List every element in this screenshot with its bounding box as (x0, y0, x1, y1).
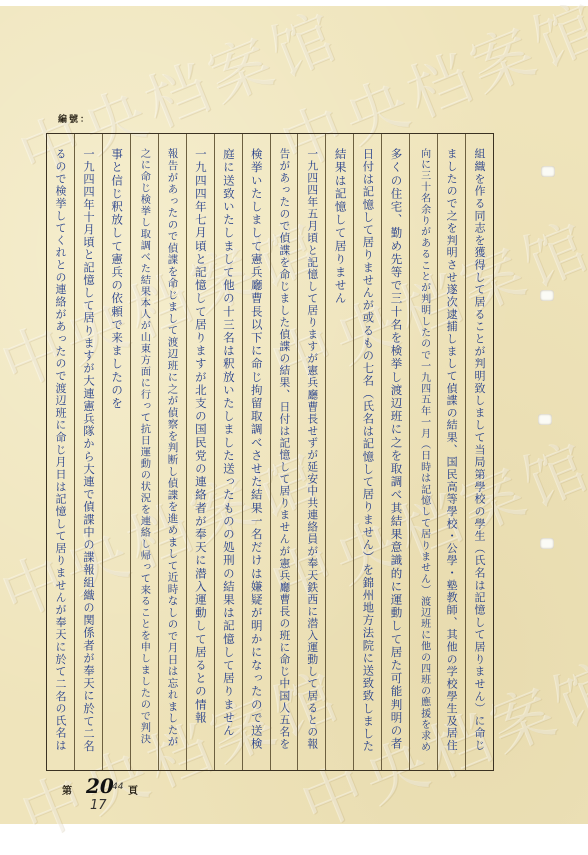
manuscript-column: 一九四四年七月頃と記憶して居りますが北支の国民党の連絡者が奉天に潜入運動して居る… (186, 134, 214, 770)
binder-hole (538, 414, 552, 425)
handwritten-line: 之に命じ検挙し取調べた結果本人が山東方面に行って抗日運動の状況を連絡し帰って来る… (139, 148, 149, 745)
handwritten-line: るので検挙してくれとの連絡があったので渡辺班に命じ月日は記憶して居りませんが奉天… (55, 148, 66, 752)
handwritten-line: 庭に送致いたしまして他の十三名は釈放いたしました送ったものの処刑の結果は記憶して… (222, 148, 234, 738)
binder-hole (540, 290, 554, 301)
handwritten-line: 一九四四年十月頃と記憶して居りますが大連憲兵隊から大連で偵諜中の諜報組織の関係者… (83, 148, 94, 753)
manuscript-column: 日付は記憶して居りませんが或るもの七名（氏名は記憶して居りません）を錦州地方法院… (353, 134, 381, 770)
handwritten-line: 日付は記憶して居りませんが或るもの七名（氏名は記憶して居りません）を錦州地方法院… (362, 148, 373, 753)
binder-hole (541, 166, 555, 177)
handwritten-line: 結果は記憶して居りません (334, 148, 346, 305)
document-page: 中央档案馆 中央档案馆 中央档案馆 中央档案馆 中央档案馆 中央档案馆 中央档案… (0, 6, 588, 824)
handwritten-line: 組織を作る同志を獲得して居ることが判明致しまして当局第學校の學生（氏名は記憶して… (474, 148, 485, 752)
handwritten-line: 告があったので偵諜を命じました偵諜の結果、日付は記憶して居りませんが憲兵廳曹長の… (279, 148, 290, 750)
binder-hole (540, 538, 554, 549)
manuscript-column: 報告があったので偵諜を命じまして渡辺班に之が偵察を判断し偵諜を進めまして近時なし… (158, 134, 186, 770)
manuscript-column: ましたので之を判明させ遂次逮捕しまして偵諜の結果、国民高等學校・公學・塾教師、其… (437, 134, 465, 770)
handwritten-line: 一九四四年五月頃と記憶して居りますが憲兵廳曹長せずが延安中共連絡員が奉天鉄西に潜… (307, 148, 318, 750)
manuscript-column: 一九四四年十月頃と記憶して居りますが大連憲兵隊から大連で偵諜中の諜報組織の関係者… (74, 134, 102, 770)
handwritten-line: 事と信じ釈放して憲兵の依頼で来ましたのを (111, 148, 123, 410)
manuscript-column: 多くの住宅、勤め先等で三十名を検挙し渡辺班に之を取調べ其結果意識的に運動して居た… (381, 134, 409, 770)
page-sub-number: 44 (112, 782, 123, 792)
handwritten-line: 報告があったので偵諜を命じまして渡辺班に之が偵察を判断し偵諜を進めまして近時なし… (167, 148, 178, 748)
manuscript-grid: 組織を作る同志を獲得して居ることが判明致しまして当局第學校の學生（氏名は記憶して… (46, 133, 494, 771)
manuscript-column: 検挙いたしまして憲兵廳曹長以下に命じ拘留取調べさせた結果一名だけは嫌疑が明かにな… (242, 134, 270, 770)
manuscript-column: 結果は記憶して居りません (325, 134, 353, 770)
manuscript-column: 告があったので偵諜を命じました偵諜の結果、日付は記憶して居りませんが憲兵廳曹長の… (270, 134, 298, 770)
handwritten-line: 多くの住宅、勤め先等で三十名を検挙し渡辺班に之を取調べ其結果意識的に運動して居た… (390, 148, 402, 751)
handwritten-line: ましたので之を判明させ遂次逮捕しまして偵諜の結果、国民高等學校・公學・塾教師、其… (446, 148, 457, 752)
manuscript-column: 庭に送致いたしまして他の十三名は釈放いたしました送ったものの処刑の結果は記憶して… (214, 134, 242, 770)
manuscript-column: 一九四四年五月頃と記憶して居りますが憲兵廳曹長せずが延安中共連絡員が奉天鉄西に潜… (297, 134, 325, 770)
manuscript-column: 組織を作る同志を獲得して居ることが判明致しまして当局第學校の學生（氏名は記憶して… (465, 134, 493, 770)
handwritten-line: 検挙いたしまして憲兵廳曹長以下に命じ拘留取調べさせた結果一名だけは嫌疑が明かにな… (250, 148, 262, 751)
manuscript-column: 之に命じ検挙し取調べた結果本人が山東方面に行って抗日運動の状況を連絡し帰って来る… (130, 134, 158, 770)
handwritten-line: 一九四四年七月頃と記憶して居りますが北支の国民党の連絡者が奉天に潜入運動して居る… (194, 148, 206, 724)
page-number-value: 20 (86, 774, 114, 798)
handwritten-line: 向に三十名余りがあることが判明したので一九四五年一月（日時は記憶して居りません）… (419, 148, 429, 753)
original-page-number: 17 (90, 798, 107, 813)
page-prefix: 第 (62, 782, 72, 797)
manuscript-column: るので検挙してくれとの連絡があったので渡辺班に命じ月日は記憶して居りませんが奉天… (47, 134, 74, 770)
manuscript-column: 事と信じ釈放して憲兵の依頼で来ましたのを (102, 134, 130, 770)
serial-number-label: 編號： (58, 112, 91, 125)
page-suffix: 頁 (128, 782, 138, 797)
manuscript-column: 向に三十名余りがあることが判明したので一九四五年一月（日時は記憶して居りません）… (409, 134, 437, 770)
